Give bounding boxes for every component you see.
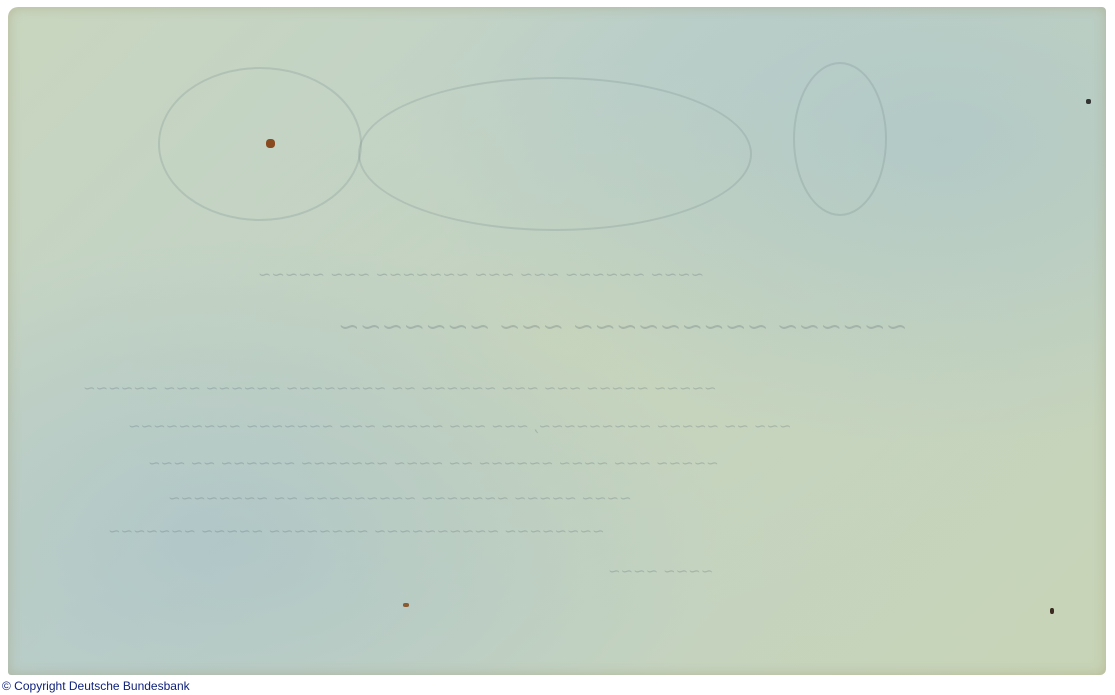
showthrough-line: ~~~~ ~~~~~~ ~~~ ~~~ ~~~~~~~ ~~~ ~~~~~ [258, 265, 704, 284]
showthrough-line: ~~~~~ ~~~~~ ~~~ ~~~ ~~~~~~ ~~ ~~~~~~~~ ~… [83, 379, 717, 397]
paper-fleck [1050, 608, 1054, 614]
watermark-oval-left [158, 67, 362, 221]
watermark-oval-right [793, 62, 887, 216]
paper-fleck [1086, 99, 1091, 104]
banknote-paper: ~~~~ ~~~~~~ ~~~ ~~~ ~~~~~~~ ~~~ ~~~~~ ~~… [8, 7, 1106, 675]
showthrough-line: ~~~~~~~~ ~~~~~~~~~~ ~~~~~~~~ ~~~~~ ~~~~~… [108, 522, 605, 540]
showthrough-line: ~~~~~~ ~~~~~~~~~ ~~~ ~~~~~~~ [338, 312, 907, 342]
paper-fleck [403, 603, 409, 607]
paper-fleck [266, 139, 275, 148]
showthrough-line: ~~~~ ~~~~~ ~~~~~~~ ~~~~~~~~~ ~~ ~~~~~~~~ [168, 489, 632, 507]
showthrough-line: ~~~~ ~~~~ [608, 562, 713, 580]
showthrough-line: ~~~~~ ~~~ ~~~~ ~~~~~~ ~~ ~~~~ ~~~~~~~ ~~… [148, 454, 719, 472]
showthrough-line: ~~~ ~~ ~~~~~ ~~~~~~~~~, ~~~ ~~~ ~~~~~ ~~… [128, 417, 792, 435]
copyright-text: © Copyright Deutsche Bundesbank [2, 679, 190, 693]
seal-oval-center [358, 77, 752, 231]
